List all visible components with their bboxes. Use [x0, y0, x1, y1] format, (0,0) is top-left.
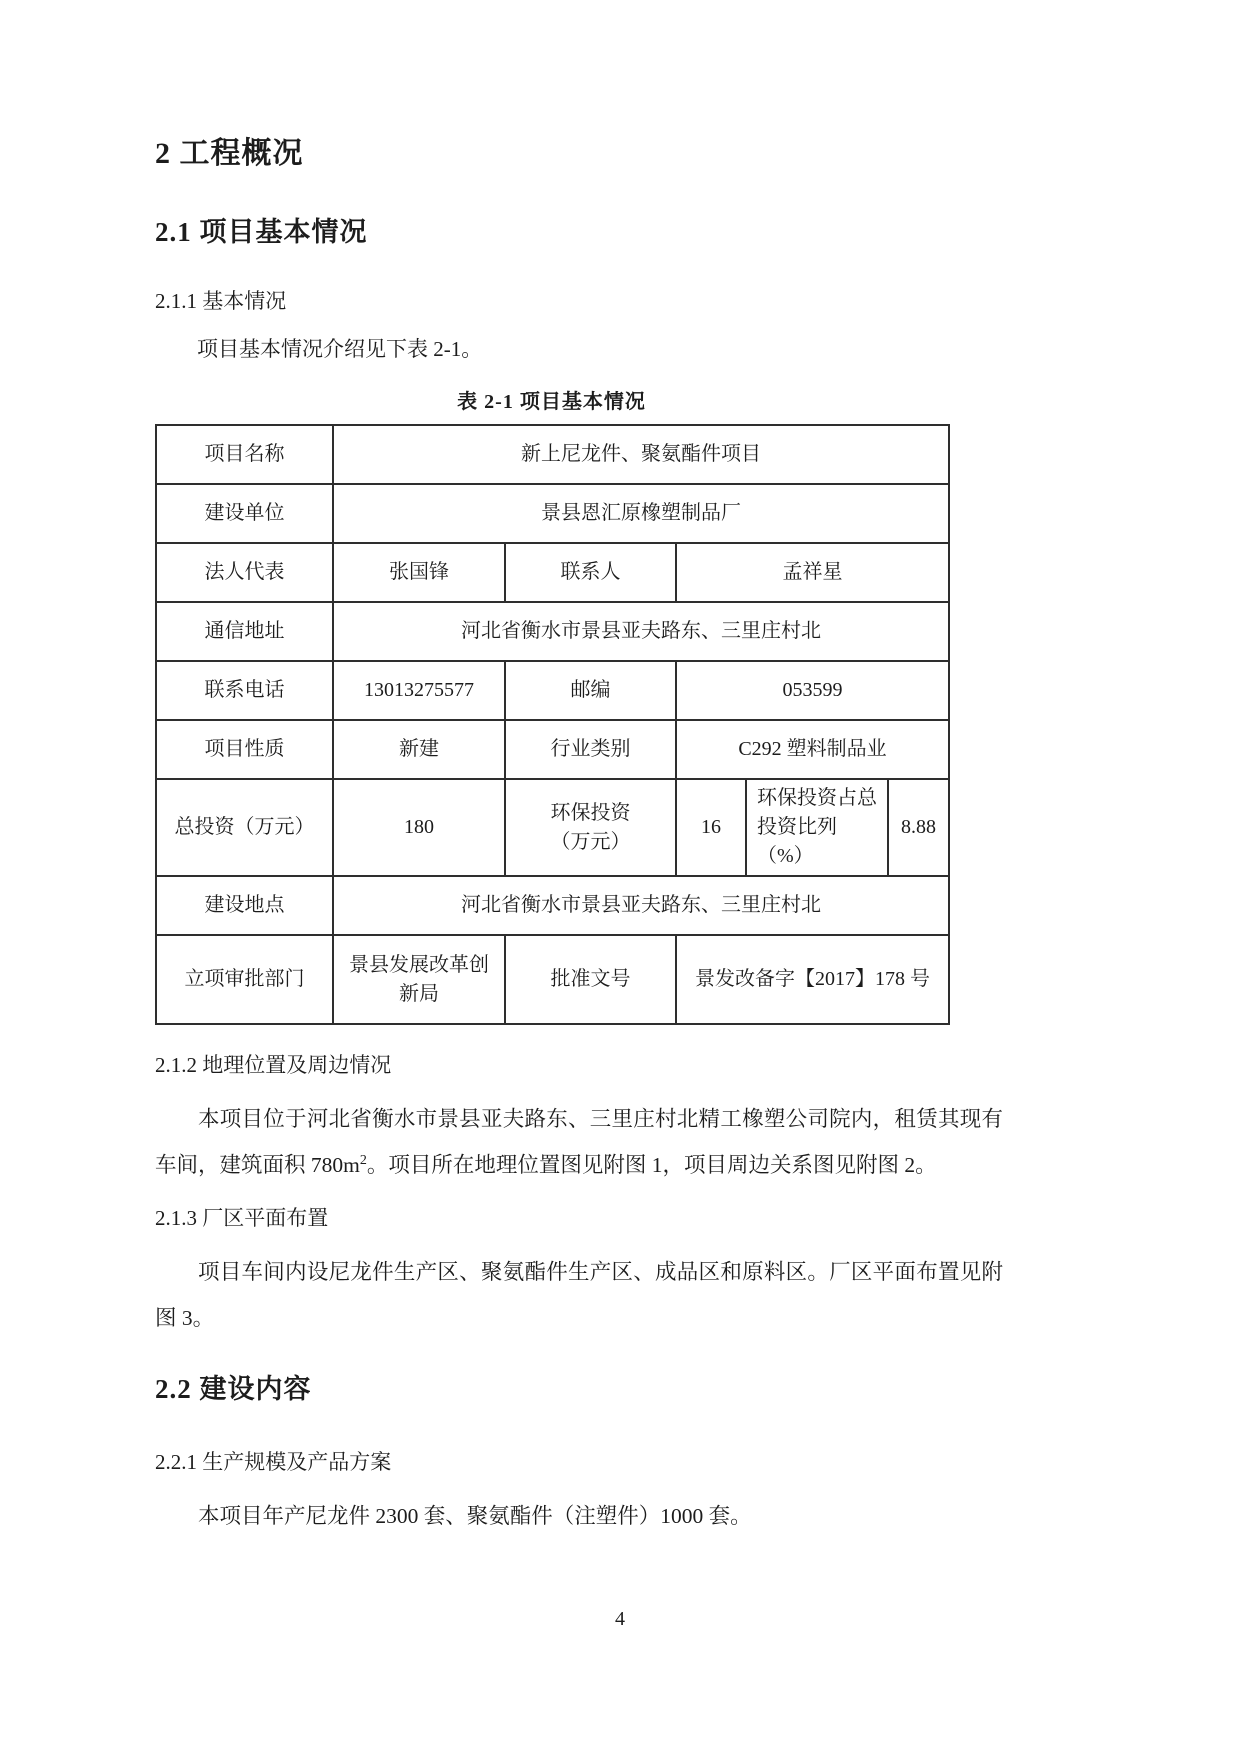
page-number: 4: [0, 1608, 1240, 1631]
project-info-table: 项目名称 新上尼龙件、聚氨酯件项目 建设单位 景县恩汇原橡塑制品厂 法人代表 张…: [155, 424, 950, 1025]
cell-postcode-value: 053599: [676, 661, 949, 720]
table-row-phone: 联系电话 13013275577 邮编 053599: [156, 661, 949, 720]
cell-postcode-label: 邮编: [505, 661, 676, 720]
cell-contact-value: 孟祥星: [676, 543, 949, 602]
cell-legal-rep-value: 张国锋: [333, 543, 505, 602]
project-info-table-wrap: 表 2-1 项目基本情况 项目名称 新上尼龙件、聚氨酯件项目 建设单位 景县恩汇…: [155, 385, 948, 1025]
table-row-project-name: 项目名称 新上尼龙件、聚氨酯件项目: [156, 425, 949, 484]
cell-phone-value: 13013275577: [333, 661, 505, 720]
cell-address-value: 河北省衡水市景县亚夫路东、三里庄村北: [333, 602, 949, 661]
cell-builder-label: 建设单位: [156, 484, 333, 543]
section-heading-21: 2.1 项目基本情况: [155, 210, 1003, 249]
cell-approval-dept-label: 立项审批部门: [156, 935, 333, 1024]
cell-env-investment-value: 16: [676, 779, 746, 876]
cell-address-label: 通信地址: [156, 602, 333, 661]
cell-industry-label: 行业类别: [505, 720, 676, 779]
cell-phone-label: 联系电话: [156, 661, 333, 720]
table-row-approval: 立项审批部门 景县发展改革创 新局 批准文号 景发改备字【2017】178 号: [156, 935, 949, 1024]
subsection-heading-213: 2.1.3 厂区平面布置: [155, 1202, 1003, 1232]
cell-nature-value: 新建: [333, 720, 505, 779]
cell-env-investment-label: 环保投资 （万元）: [505, 779, 676, 876]
cell-nature-label: 项目性质: [156, 720, 333, 779]
cell-approval-doc-value: 景发改备字【2017】178 号: [676, 935, 949, 1024]
paragraph-location-text2: 。项目所在地理位置图见附图 1，项目周边关系图见附图 2。: [367, 1153, 937, 1177]
document-page: 2 工程概况 2.1 项目基本情况 2.1.1 基本情况 项目基本情况介绍见下表…: [0, 0, 1240, 1754]
cell-env-ratio-value: 8.88: [888, 779, 949, 876]
cell-legal-rep-label: 法人代表: [156, 543, 333, 602]
subsection-heading-212: 2.1.2 地理位置及周边情况: [155, 1049, 1003, 1079]
paragraph-production: 本项目年产尼龙件 2300 套、聚氨酯件（注塑件）1000 套。: [155, 1494, 1003, 1540]
intro-text-211: 项目基本情况介绍见下表 2-1。: [155, 333, 1003, 363]
cell-site-label: 建设地点: [156, 876, 333, 935]
table-row-legal-rep: 法人代表 张国锋 联系人 孟祥星: [156, 543, 949, 602]
cell-builder-value: 景县恩汇原橡塑制品厂: [333, 484, 949, 543]
section-heading-22: 2.2 建设内容: [155, 1367, 1003, 1406]
cell-investment-label: 总投资（万元）: [156, 779, 333, 876]
table-row-builder: 建设单位 景县恩汇原橡塑制品厂: [156, 484, 949, 543]
cell-approval-dept-value: 景县发展改革创 新局: [333, 935, 505, 1024]
table-row-site: 建设地点 河北省衡水市景县亚夫路东、三里庄村北: [156, 876, 949, 935]
table-title: 表 2-1 项目基本情况: [155, 385, 948, 414]
table-row-address: 通信地址 河北省衡水市景县亚夫路东、三里庄村北: [156, 602, 949, 661]
cell-env-ratio-label: 环保投资占总 投资比列（%）: [746, 779, 888, 876]
cell-site-value: 河北省衡水市景县亚夫路东、三里庄村北: [333, 876, 949, 935]
cell-contact-label: 联系人: [505, 543, 676, 602]
subsection-heading-221: 2.2.1 生产规模及产品方案: [155, 1446, 1003, 1476]
cell-project-name-label: 项目名称: [156, 425, 333, 484]
table-row-investment: 总投资（万元） 180 环保投资 （万元） 16 环保投资占总 投资比列（%） …: [156, 779, 949, 876]
cell-approval-doc-label: 批准文号: [505, 935, 676, 1024]
superscript-2: 2: [360, 1152, 367, 1167]
cell-project-name-value: 新上尼龙件、聚氨酯件项目: [333, 425, 949, 484]
subsection-heading-211: 2.1.1 基本情况: [155, 285, 1003, 315]
cell-industry-value: C292 塑料制品业: [676, 720, 949, 779]
chapter-heading: 2 工程概况: [155, 128, 1003, 172]
cell-investment-value: 180: [333, 779, 505, 876]
table-row-nature: 项目性质 新建 行业类别 C292 塑料制品业: [156, 720, 949, 779]
document-content: 2 工程概况 2.1 项目基本情况 2.1.1 基本情况 项目基本情况介绍见下表…: [155, 128, 1003, 1546]
paragraph-layout: 项目车间内设尼龙件生产区、聚氨酯件生产区、成品区和原料区。厂区平面布置见附图 3…: [155, 1250, 1003, 1341]
paragraph-location: 本项目位于河北省衡水市景县亚夫路东、三里庄村北精工橡塑公司院内，租赁其现有车间，…: [155, 1097, 1003, 1188]
